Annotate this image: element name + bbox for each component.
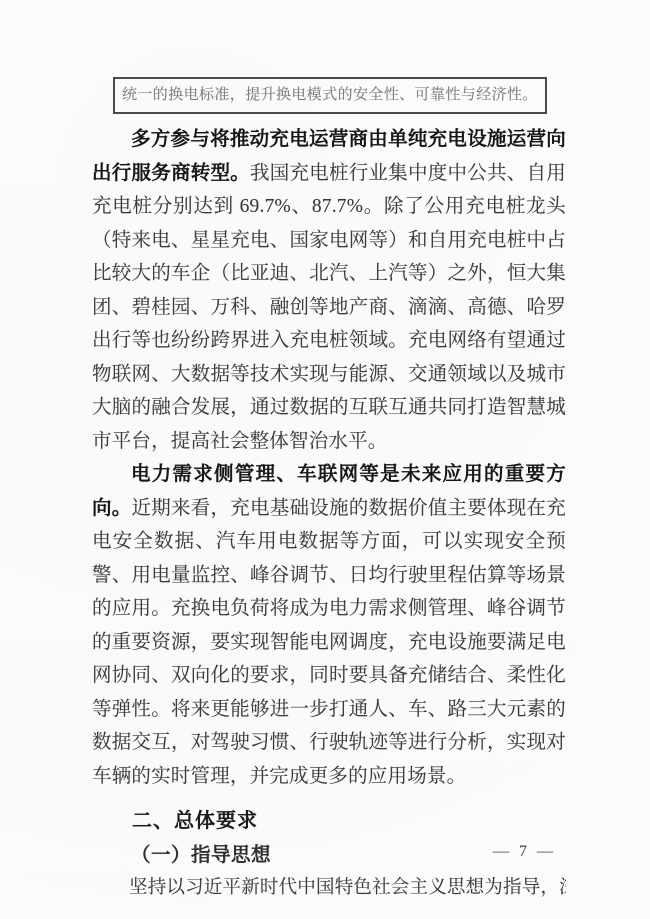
paragraph-body-text: 近期来看，充电基础设施的数据价值主要体现在充电安全数据、汽车用电数据等方面，可以…: [92, 498, 566, 787]
paragraph-body-text: 我国充电桩行业集中度中公共、自用充电桩分别达到 69.7%、87.7%。除了公用…: [92, 163, 566, 452]
page-number: — 7 —: [493, 843, 556, 861]
section-heading-overall-requirements: 二、总体要求: [92, 805, 566, 839]
paragraph-charging-operators: 多方参与将推动充电运营商由单纯充电设施运营向出行服务商转型。我国充电桩行业集中度…: [92, 123, 566, 458]
callout-text: 统一的换电标准，提升换电模式的安全性、可靠性与经济性。: [122, 87, 538, 103]
paragraph-demand-side-management: 电力需求侧管理、车联网等是未来应用的重要方向。近期来看，充电基础设施的数据价值主…: [92, 458, 566, 793]
page-content: 统一的换电标准，提升换电模式的安全性、可靠性与经济性。 多方参与将推动充电运营商…: [92, 77, 566, 906]
document-page: 统一的换电标准，提升换电模式的安全性、可靠性与经济性。 多方参与将推动充电运营商…: [0, 0, 650, 919]
paragraph-body-text: 坚持以习近平新时代中国特色社会主义思想为指导，深: [129, 878, 566, 898]
paragraph-guiding-ideology: 坚持以习近平新时代中国特色社会主义思想为指导，深: [92, 872, 566, 906]
callout-box: 统一的换电标准，提升换电模式的安全性、可靠性与经济性。: [113, 77, 547, 114]
